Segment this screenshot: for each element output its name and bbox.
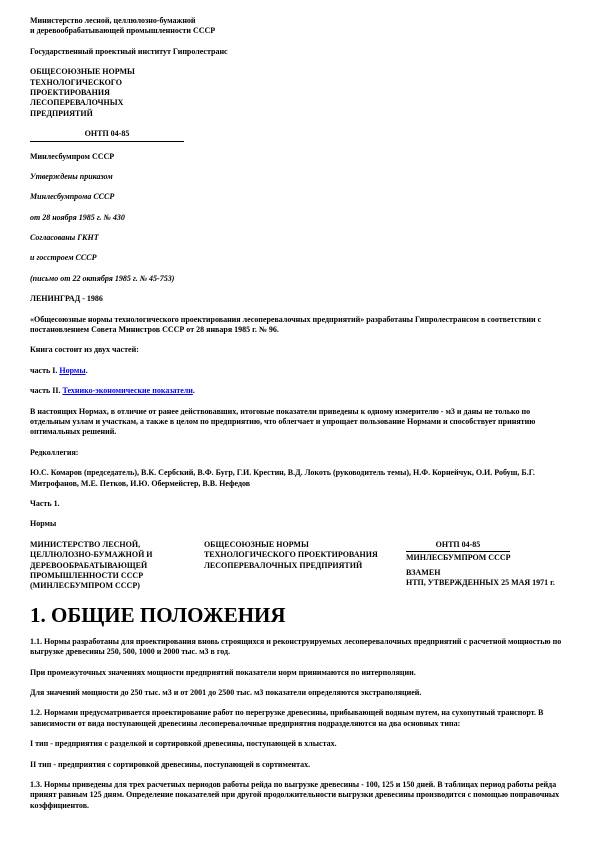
institute-name: Государственный проектный институт Гипро… (30, 47, 565, 57)
doc-header-title-cell: ОБЩЕСОЮЗНЫЕ НОРМЫ ТЕХНОЛОГИЧЕСКОГО ПРОЕК… (204, 540, 406, 592)
agreed-line2: и госстроем СССР (30, 253, 565, 263)
ministry-name-line2: и деревообрабатывающей промышленности СС… (30, 26, 565, 36)
part-1-suffix: . (86, 366, 88, 375)
paragraph-interpolation: При промежуточных значениях мощности пре… (30, 668, 565, 678)
part-2-suffix: . (193, 386, 195, 395)
part-1-row: часть I. Нормы. (30, 366, 565, 376)
developed-paragraph: «Общесоюзные нормы технологического прое… (30, 315, 565, 336)
doc-code: ОНТП 04-85 (30, 129, 184, 141)
document-page: Министерство лесной, целлюлозно-бумажной… (0, 0, 595, 842)
doc-header-code-cell: ОНТП 04-85 МИНЛЕСБУМПРОМ СССР ВЗАМЕН НТП… (406, 540, 565, 592)
doc-code-row: ОНТП 04-85 (30, 129, 565, 141)
note-paragraph: В настоящих Нормах, в отличие от ранее д… (30, 407, 565, 438)
part-2-link[interactable]: Технико-экономические показатели (62, 386, 192, 395)
paragraph-1-1: 1.1. Нормы разработаны для проектировани… (30, 637, 565, 658)
paragraph-1-2: 1.2. Нормами предусматривается проектиро… (30, 708, 565, 729)
doc-header-replaces-line1: ВЗАМЕН (406, 568, 565, 578)
approved-by: Утверждены приказом (30, 172, 565, 182)
agreed-letter: (письмо от 22 октября 1985 г. № 45-753) (30, 274, 565, 284)
part-1-link[interactable]: Нормы (59, 366, 85, 375)
paragraph-1-3: 1.3. Нормы приведены для трех расчетных … (30, 780, 565, 811)
part-2-row: часть II. Технико-экономические показате… (30, 386, 565, 396)
part-title: Нормы (30, 519, 565, 529)
doc-header-ministry-cell: МИНИСТЕРСТВО ЛЕСНОЙ, ЦЕЛЛЮЛОЗНО-БУМАЖНОЙ… (30, 540, 204, 592)
document-title-line: ЛЕСОПЕРЕВАЛОЧНЫХ (30, 98, 565, 108)
paragraph-type-2: II тип - предприятия с сортировкой древе… (30, 760, 565, 770)
city-year: ЛЕНИНГРАД - 1986 (30, 294, 565, 304)
section-heading: 1. ОБЩИЕ ПОЛОЖЕНИЯ (30, 604, 565, 627)
ministry-name-line1: Министерство лесной, целлюлозно-бумажной (30, 16, 565, 26)
approved-date: от 28 ноября 1985 г. № 430 (30, 213, 565, 223)
doc-header-table: МИНИСТЕРСТВО ЛЕСНОЙ, ЦЕЛЛЮЛОЗНО-БУМАЖНОЙ… (30, 540, 565, 592)
part-1-prefix: часть I. (30, 366, 59, 375)
editorial-members: Ю.С. Комаров (председатель), В.К. Сербск… (30, 468, 565, 489)
paragraph-type-1: I тип - предприятия с разделкой и сортир… (30, 739, 565, 749)
doc-header-org: МИНЛЕСБУМПРОМ СССР (406, 553, 565, 563)
document-title-line: ПРЕДПРИЯТИЙ (30, 109, 565, 119)
approval-org: Минлесбумпром СССР (30, 152, 565, 162)
document-title-line: ТЕХНОЛОГИЧЕСКОГО (30, 78, 565, 88)
editorial-label: Редколлегия: (30, 448, 565, 458)
document-title-line: ОБЩЕСОЮЗНЫЕ НОРМЫ (30, 67, 565, 77)
part-label: Часть 1. (30, 499, 565, 509)
doc-header-code: ОНТП 04-85 (406, 540, 510, 552)
agreed-line1: Согласованы ГКНТ (30, 233, 565, 243)
approved-org: Минлесбумпрома СССР (30, 192, 565, 202)
part-2-prefix: часть II. (30, 386, 62, 395)
doc-header-replaces-line2: НТП, УТВЕРЖДЕННЫХ 25 МАЯ 1971 г. (406, 578, 565, 588)
paragraph-extrapolation: Для значений мощности до 250 тыс. м3 и о… (30, 688, 565, 698)
book-parts-intro: Книга состоит из двух частей: (30, 345, 565, 355)
document-title-line: ПРОЕКТИРОВАНИЯ (30, 88, 565, 98)
